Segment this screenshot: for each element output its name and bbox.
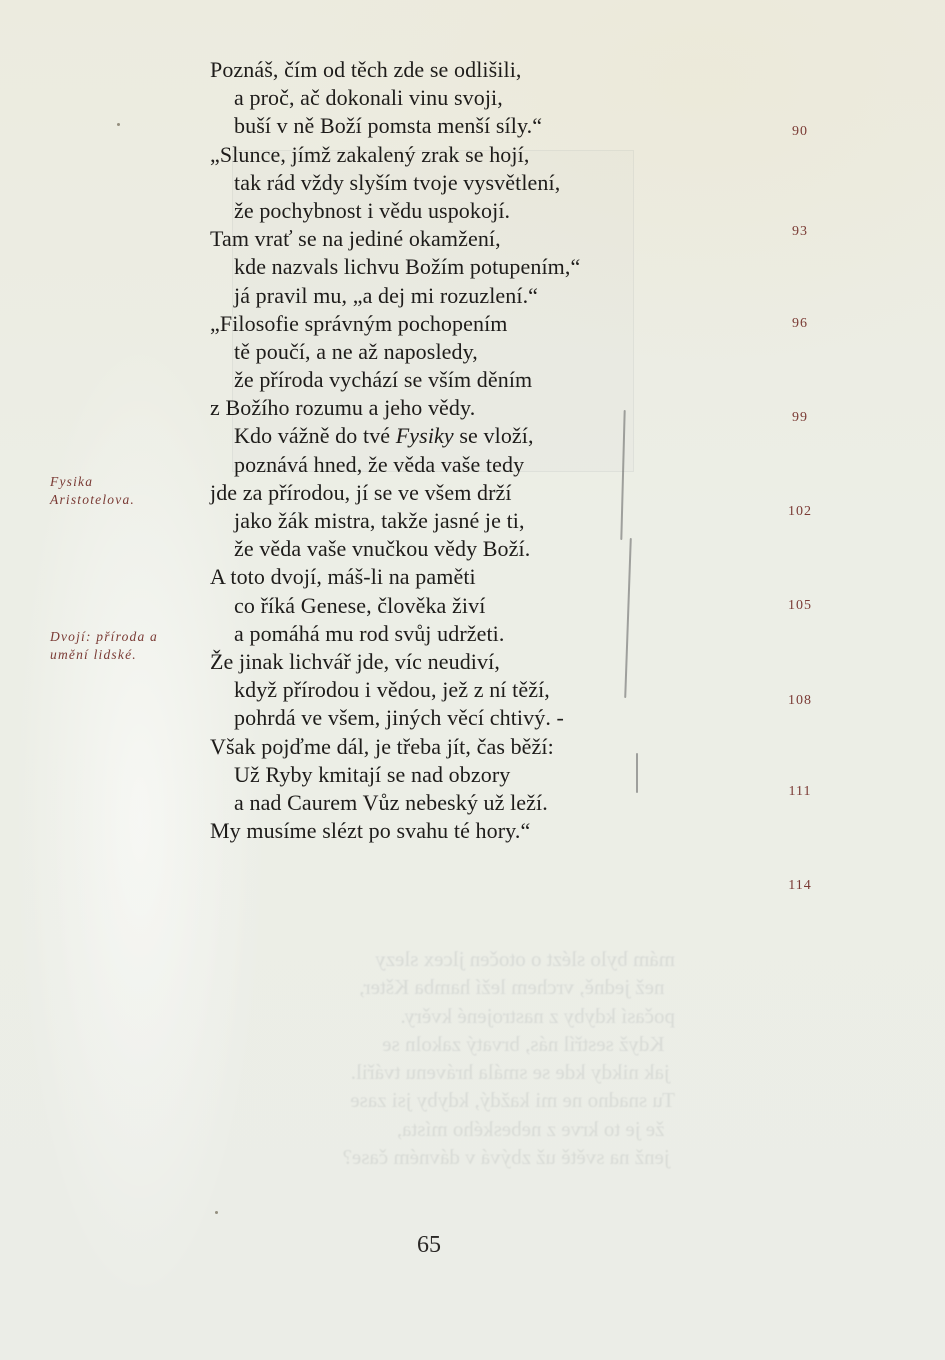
verse-line: a pomáhá mu rod svůj udržeti. [210,620,680,648]
margin-note-dvoji: Dvojí: příroda a umění lidské. [50,628,200,664]
book-page: mám bylo slézt o otočen jlcex slezy než … [0,0,945,1360]
verse-line: Tam vrať se na jediné okamžení, [210,225,680,253]
verse-line: kde nazvals lichvu Božím potupením,“ [210,253,680,281]
verse-line: já pravil mu, „a dej mi rozuzlení.“ [210,282,680,310]
margin-note-line: Fysika [50,473,200,491]
verse-line: a nad Caurem Vůz nebeský už leží. [210,789,680,817]
verse-line: jako žák mistra, takže jasné je ti, [210,507,680,535]
verse-line: že věda vaše vnučkou vědy Boží. [210,535,680,563]
verse-line: z Božího rozumu a jeho vědy. [210,394,680,422]
verse-line: Však pojďme dál, je třeba jít, čas běží: [210,733,680,761]
line-number: 93 [760,224,840,240]
line-number: 102 [760,504,840,520]
margin-note-line: Aristotelova. [50,491,200,509]
verse-line: když přírodou i vědou, jež z ní těží, [210,676,680,704]
margin-note-fysika: Fysika Aristotelova. [50,473,200,509]
paper-speck [215,1211,218,1214]
line-number: 96 [760,316,840,332]
verse-line: že pochybnost i vědu uspokojí. [210,197,680,225]
verse-line: pohrdá ve všem, jiných věcí chtivý. - [210,704,680,732]
line-number: 105 [760,598,840,614]
verse-line: a proč, ač dokonali vinu svoji, [210,84,680,112]
line-number: 90 [760,124,840,140]
pencil-mark [636,753,638,793]
verse-line: Že jinak lichvář jde, víc neudiví, [210,648,680,676]
margin-note-line: Dvojí: příroda a [50,628,200,646]
poem-text: Poznáš, čím od těch zde se odlišili, a p… [210,56,680,845]
verse-line: A toto dvojí, máš-li na paměti [210,563,680,591]
show-through-text: mám bylo slézt o otočen jlcex slezy než … [205,945,675,1171]
line-number: 114 [760,878,840,894]
line-number: 99 [760,410,840,426]
verse-line: poznává hned, že věda vaše tedy [210,451,680,479]
verse-line: Poznáš, čím od těch zde se odlišili, [210,56,680,84]
verse-line: Už Ryby kmitají se nad obzory [210,761,680,789]
verse-line: Kdo vážně do tvé Fysiky se vloží, [210,422,680,450]
verse-line: co říká Genese, člověka živí [210,592,680,620]
verse-italic-title: Fysiky [396,423,454,448]
line-number: 111 [760,784,840,800]
verse-line: že příroda vychází se vším děním [210,366,680,394]
paper-speck [117,123,120,126]
verse-line: tak rád vždy slyším tvoje vysvětlení, [210,169,680,197]
verse-line: „Slunce, jímž zakalený zrak se hojí, [210,141,680,169]
verse-line: buší v ně Boží pomsta menší síly.“ [210,112,680,140]
verse-text: Kdo vážně do tvé [234,423,396,448]
verse-line: My musíme slézt po svahu té hory.“ [210,817,680,845]
page-number: 65 [0,1232,858,1259]
line-number: 108 [760,693,840,709]
verse-text: se vloží, [454,423,534,448]
verse-line: tě poučí, a ne až naposledy, [210,338,680,366]
verse-line: „Filosofie správným pochopením [210,310,680,338]
verse-line: jde za přírodou, jí se ve všem drží [210,479,680,507]
margin-note-line: umění lidské. [50,646,200,664]
